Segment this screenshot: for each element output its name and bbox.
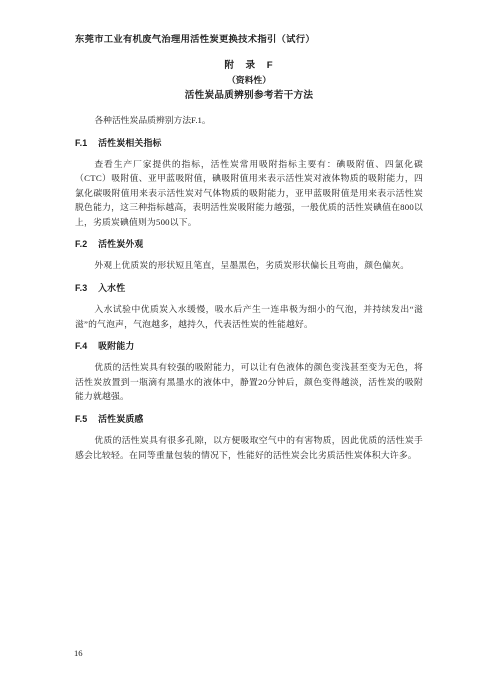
section-f3-title: 入水性 <box>98 283 125 293</box>
section-f3-number: F.3 <box>75 283 87 293</box>
section-f5-heading: F.5 活性炭质感 <box>75 414 423 425</box>
section-f2-heading: F.2 活性炭外观 <box>75 239 423 250</box>
appendix-type: （资料性） <box>75 73 423 88</box>
section-f1-heading: F.1 活性炭相关指标 <box>75 138 423 149</box>
section-f3: F.3 入水性 入水试验中优质炭入水缓慢，吸水后产生一连串极为细小的气泡，并持续… <box>75 283 423 331</box>
section-f4: F.4 吸附能力 优质的活性炭具有较强的吸附能力，可以让有色液体的颜色变浅甚至变… <box>75 341 423 404</box>
document-page: 东莞市工业有机废气治理用活性炭更换技术指引（试行） 附 录 F （资料性） 活性… <box>0 0 495 699</box>
section-f4-number: F.4 <box>75 341 87 351</box>
section-f2-number: F.2 <box>75 239 87 249</box>
section-f1: F.1 活性炭相关指标 查看生产厂家提供的指标，活性炭常用吸附指标主要有：碘吸附… <box>75 138 423 230</box>
document-title-header: 东莞市工业有机废气治理用活性炭更换技术指引（试行） <box>75 33 423 45</box>
section-f4-body: 优质的活性炭具有较强的吸附能力，可以让有色液体的颜色变浅甚至变为无色，将活性炭放… <box>75 360 423 404</box>
section-f1-number: F.1 <box>75 138 87 148</box>
appendix-subject: 活性炭品质辨别参考若干方法 <box>75 88 423 103</box>
section-f1-title: 活性炭相关指标 <box>98 138 162 148</box>
page-number: 16 <box>74 648 83 658</box>
section-f3-heading: F.3 入水性 <box>75 283 423 294</box>
section-f5-number: F.5 <box>75 414 87 424</box>
section-f5-title: 活性炭质感 <box>98 414 143 424</box>
intro-paragraph: 各种活性炭品质辨别方法F.1。 <box>75 113 423 128</box>
section-f5-body: 优质的活性炭具有很多孔隙，以方便吸取空气中的有害物质，因此优质的活性炭手感会比较… <box>75 433 423 462</box>
section-f2: F.2 活性炭外观 外观上优质炭的形状短且笔直，呈墨黑色，劣质炭形状偏长且弯曲，… <box>75 239 423 273</box>
appendix-title-block: 附 录 F （资料性） 活性炭品质辨别参考若干方法 <box>75 58 423 103</box>
section-f3-body: 入水试验中优质炭入水缓慢，吸水后产生一连串极为细小的气泡，并持续发出“滋滋”的气… <box>75 302 423 331</box>
appendix-label: 附 录 F <box>75 58 423 73</box>
section-f4-title: 吸附能力 <box>98 341 134 351</box>
section-f4-heading: F.4 吸附能力 <box>75 341 423 352</box>
section-f1-body: 查看生产厂家提供的指标，活性炭常用吸附指标主要有：碘吸附值、四氯化碳（CTC）吸… <box>75 157 423 230</box>
section-f2-body: 外观上优质炭的形状短且笔直，呈墨黑色，劣质炭形状偏长且弯曲，颜色偏灰。 <box>75 258 423 273</box>
document-content: 东莞市工业有机废气治理用活性炭更换技术指引（试行） 附 录 F （资料性） 活性… <box>75 33 423 462</box>
section-f5: F.5 活性炭质感 优质的活性炭具有很多孔隙，以方便吸取空气中的有害物质，因此优… <box>75 414 423 462</box>
section-f2-title: 活性炭外观 <box>98 239 143 249</box>
